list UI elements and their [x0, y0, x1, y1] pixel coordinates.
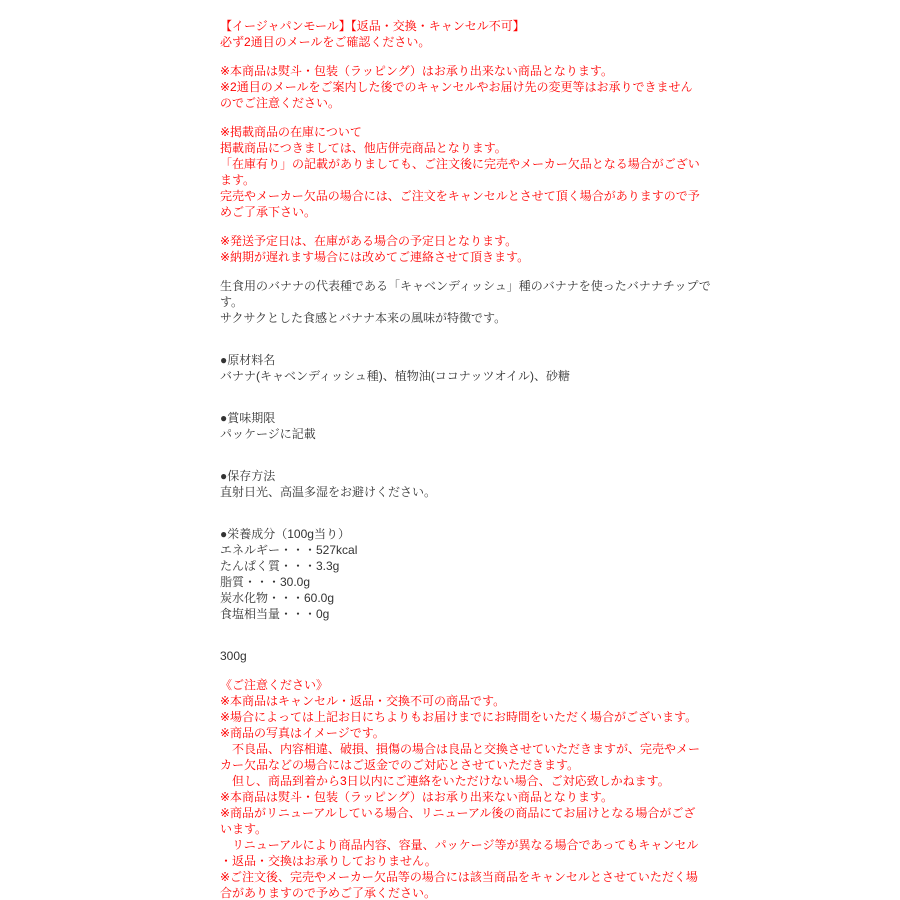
text-line: ※商品がリニューアルしている場合、リニューアル後の商品にてお届けとなる場合がござ	[220, 805, 690, 821]
text-line: ※掲載商品の在庫について	[220, 124, 690, 140]
text-line: す。	[220, 294, 690, 310]
text-line: エネルギー・・・527kcal	[220, 542, 690, 558]
text-line: 【イージャパンモール】【返品・交換・キャンセル不可】	[220, 18, 690, 34]
text-line: 完売やメーカー欠品の場合には、ご注文をキャンセルとさせて頂く場合がありますので予	[220, 188, 690, 204]
blank-line	[220, 384, 690, 397]
text-line: たんぱく質・・・3.3g	[220, 558, 690, 574]
text-line: ●賞味期限	[220, 410, 690, 426]
blank-line	[220, 622, 690, 635]
text-line: のでご注意ください。	[220, 95, 690, 111]
text-line: ※ご注文後、完売やメーカー欠品等の場合には該当商品をキャンセルとさせていただく場	[220, 869, 690, 885]
text-line: 不良品、内容相違、破損、損傷の場合は良品と交換させていただきますが、完売やメー	[220, 741, 690, 757]
blank-line	[220, 500, 690, 513]
blank-line	[220, 111, 690, 124]
text-line: 300g	[220, 648, 690, 664]
text-line: 直射日光、高温多湿をお避けください。	[220, 484, 690, 500]
blank-line	[220, 220, 690, 233]
text-line: 生食用のバナナの代表種である「キャベンディッシュ」種のバナナを使ったバナナチップ…	[220, 278, 690, 294]
text-line: バナナ(キャベンディッシュ種)、植物油(ココナッツオイル)、砂糖	[220, 368, 690, 384]
text-line: パッケージに記載	[220, 426, 690, 442]
blank-line	[220, 265, 690, 278]
text-line: ます。	[220, 172, 690, 188]
text-line: ※本商品は熨斗・包装（ラッピング）はお承り出来ない商品となります。	[220, 789, 690, 805]
product-description: 【イージャパンモール】【返品・交換・キャンセル不可】必ず2通目のメールをご確認く…	[220, 18, 690, 900]
text-line: 掲載商品につきましては、他店併売商品となります。	[220, 140, 690, 156]
text-line: 脂質・・・30.0g	[220, 574, 690, 590]
page: { "page": { "background": "#ffffff", "co…	[0, 0, 900, 900]
blank-line	[220, 397, 690, 410]
text-line: 但し、商品到着から3日以内にご連絡をいただけない場合、ご対応致しかねます。	[220, 773, 690, 789]
text-line: 合がありますので予めご了承ください。	[220, 885, 690, 900]
blank-line	[220, 513, 690, 526]
text-line: ※発送予定日は、在庫がある場合の予定日となります。	[220, 233, 690, 249]
text-line: ※場合によっては上記お日にちよりもお届けまでにお時間をいただく場合がございます。	[220, 709, 690, 725]
text-line: ※本商品は熨斗・包装（ラッピング）はお承り出来ない商品となります。	[220, 63, 690, 79]
text-line: ●栄養成分（100g当り）	[220, 526, 690, 542]
text-line: ※本商品はキャンセル・返品・交換不可の商品です。	[220, 693, 690, 709]
text-line: 《ご注意ください》	[220, 677, 690, 693]
blank-line	[220, 455, 690, 468]
text-line: 「在庫有り」の記載がありましても、ご注文後に完売やメーカー欠品となる場合がござい	[220, 156, 690, 172]
text-line: ※2通目のメールをご案内した後でのキャンセルやお届け先の変更等はお承りできません	[220, 79, 690, 95]
text-line: カー欠品などの場合にはご返金でのご対応とさせていただきます。	[220, 757, 690, 773]
text-line: 炭水化物・・・60.0g	[220, 590, 690, 606]
blank-line	[220, 339, 690, 352]
text-line: ※納期が遅れます場合には改めてご連絡させて頂きます。	[220, 249, 690, 265]
text-line: サクサクとした食感とバナナ本来の風味が特徴です。	[220, 310, 690, 326]
text-line: 必ず2通目のメールをご確認ください。	[220, 34, 690, 50]
blank-line	[220, 664, 690, 677]
blank-line	[220, 50, 690, 63]
text-line: ●原材料名	[220, 352, 690, 368]
blank-line	[220, 635, 690, 648]
text-line: います。	[220, 821, 690, 837]
text-line: ※商品の写真はイメージです。	[220, 725, 690, 741]
text-line: ・返品・交換はお承りしておりません。	[220, 853, 690, 869]
blank-line	[220, 326, 690, 339]
blank-line	[220, 442, 690, 455]
text-line: 食塩相当量・・・0g	[220, 606, 690, 622]
text-line: めご了承下さい。	[220, 204, 690, 220]
text-line: リニューアルにより商品内容、容量、パッケージ等が異なる場合であってもキャンセル	[220, 837, 690, 853]
text-line: ●保存方法	[220, 468, 690, 484]
